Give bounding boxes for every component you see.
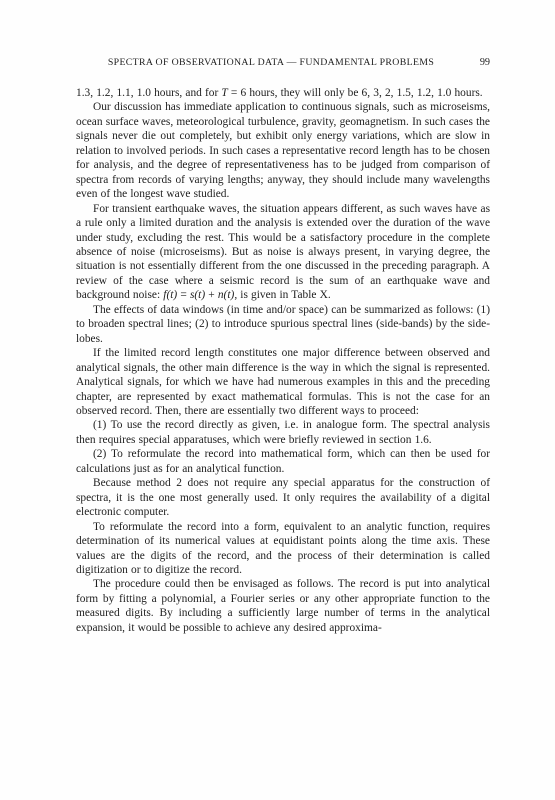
- text-segment: = 6 hours, they will only be 6, 3, 2, 1.…: [228, 87, 483, 99]
- running-head-title: SPECTRA OF OBSERVATIONAL DATA — FUNDAMEN…: [76, 57, 490, 68]
- paragraph: The procedure could then be envisaged as…: [76, 577, 490, 635]
- page-body: 1.3, 1.2, 1.1, 1.0 hours, and for T = 6 …: [76, 86, 490, 635]
- text-segment: 1.3, 1.2, 1.1, 1.0 hours, and for: [76, 87, 221, 99]
- text-segment: (1) To use the record directly as given,…: [76, 419, 490, 445]
- page-number: 99: [480, 57, 490, 68]
- text-segment: Because method 2 does not require any sp…: [76, 477, 490, 518]
- paragraph: (2) To reformulate the record into mathe…: [76, 447, 490, 476]
- paragraph: To reformulate the record into a form, e…: [76, 520, 490, 578]
- text-segment: The procedure could then be envisaged as…: [76, 578, 490, 633]
- italic-text-segment: n(t): [218, 289, 234, 301]
- text-segment: +: [205, 289, 218, 301]
- text-segment: Our discussion has immediate application…: [76, 101, 490, 200]
- paragraph: Our discussion has immediate application…: [76, 100, 490, 201]
- text-segment: The effects of data windows (in time and…: [76, 304, 490, 345]
- text-segment: To reformulate the record into a form, e…: [76, 521, 490, 576]
- paragraph: If the limited record length constitutes…: [76, 346, 490, 418]
- book-page: SPECTRA OF OBSERVATIONAL DATA — FUNDAMEN…: [0, 0, 555, 800]
- paragraph: The effects of data windows (in time and…: [76, 303, 490, 346]
- text-segment: If the limited record length constitutes…: [76, 347, 490, 417]
- paragraph: (1) To use the record directly as given,…: [76, 418, 490, 447]
- text-segment: For transient earthquake waves, the situ…: [76, 203, 490, 302]
- page-header: SPECTRA OF OBSERVATIONAL DATA — FUNDAMEN…: [76, 57, 490, 68]
- paragraph: 1.3, 1.2, 1.1, 1.0 hours, and for T = 6 …: [76, 86, 490, 100]
- paragraph: For transient earthquake waves, the situ…: [76, 202, 490, 303]
- italic-text-segment: s(t): [190, 289, 205, 301]
- text-segment: , is given in Table X.: [234, 289, 330, 301]
- text-segment: =: [177, 289, 190, 301]
- text-segment: (2) To reformulate the record into mathe…: [76, 448, 490, 474]
- italic-text-segment: f(t): [163, 289, 177, 301]
- paragraph: Because method 2 does not require any sp…: [76, 476, 490, 519]
